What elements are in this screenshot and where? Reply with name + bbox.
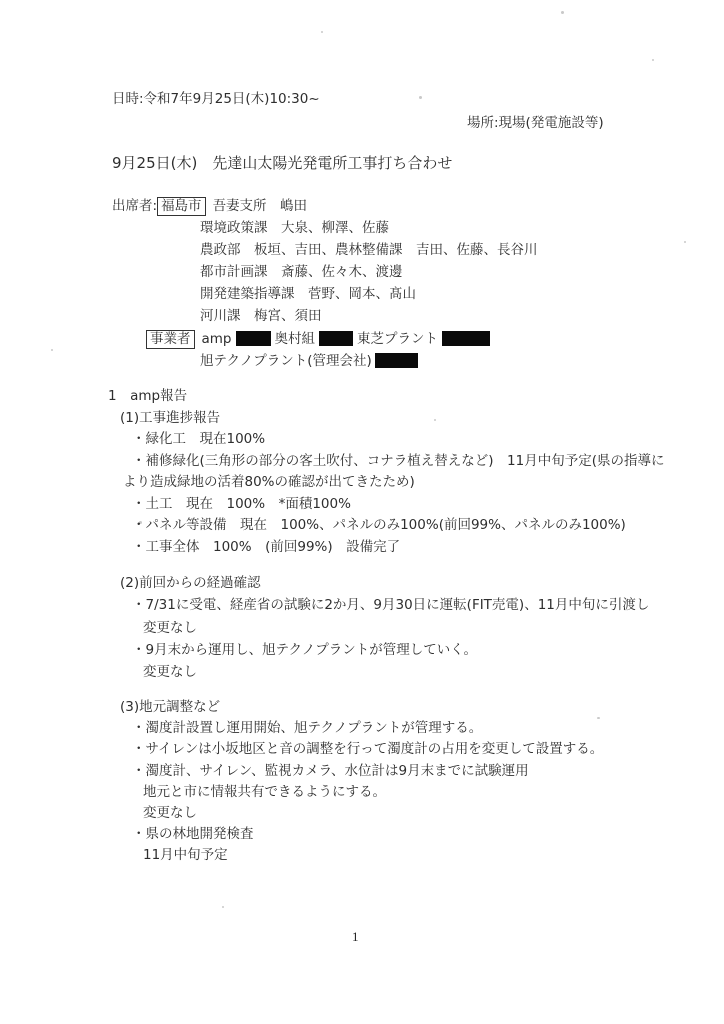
operator-name: 奥村組 <box>275 331 316 347</box>
minutes-line: ・7/31に受電、経産省の試験に2か月、9月30日に運転(FIT売電)、11月中… <box>112 594 649 616</box>
minutes-line: 変更なし <box>112 661 649 683</box>
minutes-line: ・パネル等設備 現在 100%、パネルのみ100%(前回99%、パネルのみ100… <box>112 515 664 537</box>
scan-speck <box>222 906 224 908</box>
attendee-line: 開発建築指導課 菅野、岡本、髙山 <box>112 283 538 305</box>
minutes-line: 変更なし <box>112 803 603 824</box>
subsection-heading: (2)前回からの経過確認 <box>112 572 649 594</box>
subsection-heading: (3)地元調整など <box>112 697 603 718</box>
city-box-label: 福島市 <box>157 197 206 216</box>
attendees-block: 出席者:福島市吾妻支所 嶋田 環境政策課 大泉、柳澤、佐藤 農政部 板垣、吉田、… <box>112 195 538 372</box>
minutes-line: ・緑化工 現在100% <box>112 429 664 451</box>
operator-name: 東芝プラント <box>357 331 438 347</box>
minutes-line: ・工事全体 100% (前回99%) 設備完了 <box>112 537 664 559</box>
section-amp-report: 1 amp報告 (1)工事進捗報告 ・緑化工 現在100% ・補修緑化(三角形の… <box>112 386 664 558</box>
operator-box-label: 事業者 <box>146 330 195 349</box>
section-heading: 1 amp報告 <box>108 386 664 408</box>
attendee-line: 環境政策課 大泉、柳澤、佐藤 <box>112 217 538 239</box>
redaction-bar <box>236 331 271 346</box>
minutes-line: ・県の林地開発検査 <box>112 824 603 845</box>
minutes-line: ・土工 現在 100% *面積100% <box>112 494 664 516</box>
attendees-label: 出席者: <box>112 198 157 214</box>
minutes-line: より造成緑地の活着80%の確認が出てきたため) <box>112 472 664 494</box>
scan-speck <box>51 349 53 351</box>
minutes-line: 11月中旬予定 <box>112 845 603 866</box>
attendee-line: 吾妻支所 嶋田 <box>213 198 308 214</box>
section-progress-check: (2)前回からの経過確認 ・7/31に受電、経産省の試験に2か月、9月30日に運… <box>112 572 649 683</box>
minutes-line: ・濁度計、サイレン、監視カメラ、水位計は9月末までに試験運用 <box>112 761 603 782</box>
minutes-line: ・サイレンは小坂地区と音の調整を行って濁度計の占用を変更して設置する。 <box>112 739 603 760</box>
operator-row-2: 旭テクノプラント(管理会社) <box>112 350 538 372</box>
scanned-minutes-page: 日時:令和7年9月25日(木)10:30~ 場所:現場(発電施設等) 9月25日… <box>0 0 724 1024</box>
redaction-bar <box>319 331 353 346</box>
minutes-line: ・補修緑化(三角形の部分の客土吹付、コナラ植え替えなど) 11月中旬予定(県の指… <box>112 451 664 473</box>
scan-speck <box>652 59 654 61</box>
attendee-line: 河川課 梅宮、須田 <box>112 305 538 327</box>
attendees-first-row: 出席者:福島市吾妻支所 嶋田 <box>112 195 538 217</box>
operator-row: 事業者amp奥村組東芝プラント <box>112 328 538 350</box>
minutes-line: 地元と市に情報共有できるようにする。 <box>112 782 603 803</box>
operator-name: amp <box>202 331 232 347</box>
redaction-bar <box>375 353 418 368</box>
minutes-line: ・濁度計設置し運用開始、旭テクノプラントが管理する。 <box>112 718 603 739</box>
minutes-line: 変更なし <box>112 617 649 639</box>
meeting-location: 場所:現場(発電施設等) <box>467 111 604 131</box>
scan-speck <box>419 96 422 99</box>
redaction-bar <box>442 331 490 346</box>
minutes-line: ・9月末から運用し、旭テクノプラントが管理していく。 <box>112 639 649 661</box>
page-number: 1 <box>352 929 359 945</box>
subsection-heading: (1)工事進捗報告 <box>112 408 664 430</box>
attendee-line: 都市計画課 斎藤、佐々木、渡邊 <box>112 261 538 283</box>
operator-name: 旭テクノプラント(管理会社) <box>200 353 372 369</box>
scan-speck <box>561 11 564 14</box>
meeting-title: 9月25日(木) 先達山太陽光発電所工事打ち合わせ <box>112 152 452 173</box>
section-local-coordination: (3)地元調整など ・濁度計設置し運用開始、旭テクノプラントが管理する。 ・サイ… <box>112 697 603 867</box>
meeting-datetime: 日時:令和7年9月25日(木)10:30~ <box>112 87 320 107</box>
scan-speck <box>684 241 686 243</box>
scan-speck <box>321 31 323 33</box>
attendee-line: 農政部 板垣、吉田、農林整備課 吉田、佐藤、長谷川 <box>112 239 538 261</box>
